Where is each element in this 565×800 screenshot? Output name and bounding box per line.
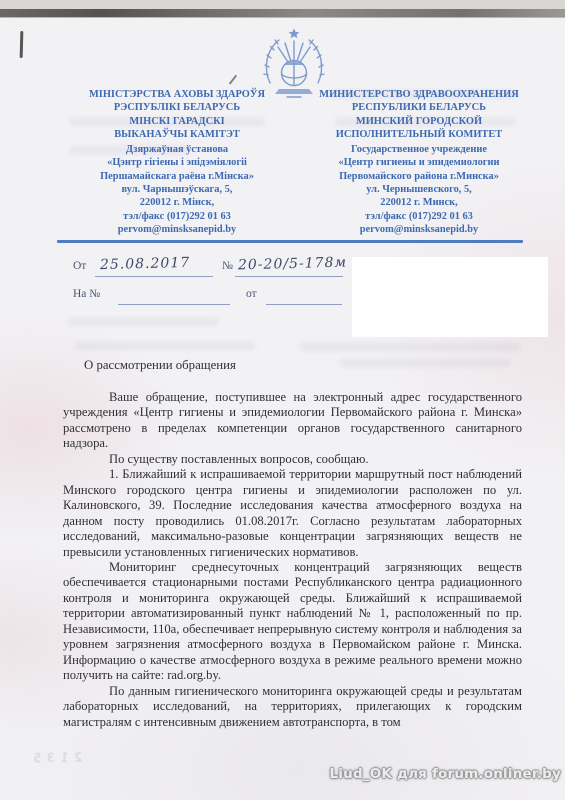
letterhead-line: Государственное учреждение xyxy=(299,143,539,156)
letterhead-line: 220012 г. Мінск, xyxy=(57,196,297,209)
letterhead-line: МІНІСТЭРСТВА АХОВЫ ЗДАРОЎЯ xyxy=(57,88,297,101)
letterhead-line: ул. Чернышевского, 5, xyxy=(299,183,539,196)
outgoing-from-label: От xyxy=(73,260,86,272)
letterhead-email: pervom@minsksanepid.by xyxy=(299,223,539,236)
letterhead-line: РЕСПУБЛИКИ БЕЛАРУСЬ xyxy=(299,101,539,114)
letterhead-line: тэл/факс (017)292 01 63 xyxy=(299,210,539,223)
pen-mark-artifact xyxy=(20,31,23,58)
bleedthrough-number: 2135 xyxy=(12,750,82,765)
letterhead-email: pervom@minsksanepid.by xyxy=(57,223,297,236)
date-underline xyxy=(95,276,213,277)
bleedthrough-artifact xyxy=(75,342,255,350)
letterhead-divider-rule xyxy=(57,240,523,243)
letterhead-line: вул. Чарнышэўскага, 5, xyxy=(57,183,297,196)
letterhead-line: МИНИСТЕРСТВО ЗДРАВООХРАНЕНИЯ xyxy=(299,88,539,101)
watermark-text: Liud_OK для forum.onliner.by xyxy=(330,766,562,782)
letterhead-line: «Цэнтр гігіены і эпідэміялогіі xyxy=(57,156,297,169)
letterhead-line: Первомайского района г.Минска» xyxy=(299,170,539,183)
pen-stroke-artifact xyxy=(229,75,237,85)
scan-edge-light xyxy=(0,0,565,9)
bleedthrough-artifact xyxy=(300,343,520,351)
bleedthrough-artifact xyxy=(68,318,218,326)
letterhead-line: ВЫКАНАЎЧЫ КАМІТЭТ xyxy=(57,128,297,141)
letterhead-line: Першамайскага раёна г.Мінска» xyxy=(57,170,297,183)
letter-body: Ваше обращение, поступившее на электронн… xyxy=(63,390,522,730)
outgoing-number-label: № xyxy=(222,260,233,272)
scanned-letter-page: МІНІСТЭРСТВА АХОВЫ ЗДАРОЎЯ РЭСПУБЛІКІ БЕ… xyxy=(0,0,565,800)
outgoing-number-handwritten: 20-20/5-178м xyxy=(238,255,347,274)
redacted-addressee-area xyxy=(352,257,548,337)
letterhead-line: 220012 г. Минск, xyxy=(299,196,539,209)
reply-date-underline xyxy=(266,304,342,305)
reply-from-label: от xyxy=(246,288,257,300)
letterhead-line: Дзяржаўная ўстанова xyxy=(57,143,297,156)
reply-number-label: На № xyxy=(73,288,100,300)
letterhead-line: ИСПОЛНИТЕЛЬНЫЙ КОМИТЕТ xyxy=(299,128,539,141)
body-paragraph: По существу поставленных вопросов, сообщ… xyxy=(63,452,522,467)
number-underline xyxy=(235,276,343,277)
body-paragraph: Мониторинг среднесуточных концентраций з… xyxy=(63,560,522,684)
letterhead-line: «Центр гигиены и эпидемиологии xyxy=(299,156,539,169)
letterhead-line: МИНСКИЙ ГОРОДСКОЙ xyxy=(299,115,539,128)
bleedthrough-artifact xyxy=(340,359,510,367)
body-paragraph: 1. Ближайший к испрашиваемой территории … xyxy=(63,467,522,560)
letterhead-line: РЭСПУБЛІКІ БЕЛАРУСЬ xyxy=(57,101,297,114)
reply-number-underline xyxy=(118,304,230,305)
letterhead-line: тэл/факс (017)292 01 63 xyxy=(57,210,297,223)
letterhead-russian: МИНИСТЕРСТВО ЗДРАВООХРАНЕНИЯ РЕСПУБЛИКИ … xyxy=(299,88,539,236)
letterhead-line: МІНСКІ ГАРАДСКІ xyxy=(57,115,297,128)
letterhead-belarusian: МІНІСТЭРСТВА АХОВЫ ЗДАРОЎЯ РЭСПУБЛІКІ БЕ… xyxy=(57,88,297,236)
subject-line: О рассмотрении обращения xyxy=(84,358,236,373)
body-paragraph: По данным гигиенического мониторинга окр… xyxy=(63,684,522,730)
outgoing-date-handwritten: 25.08.2017 xyxy=(100,255,191,273)
body-paragraph: Ваше обращение, поступившее на электронн… xyxy=(63,390,522,452)
scan-edge-dark xyxy=(0,9,565,18)
